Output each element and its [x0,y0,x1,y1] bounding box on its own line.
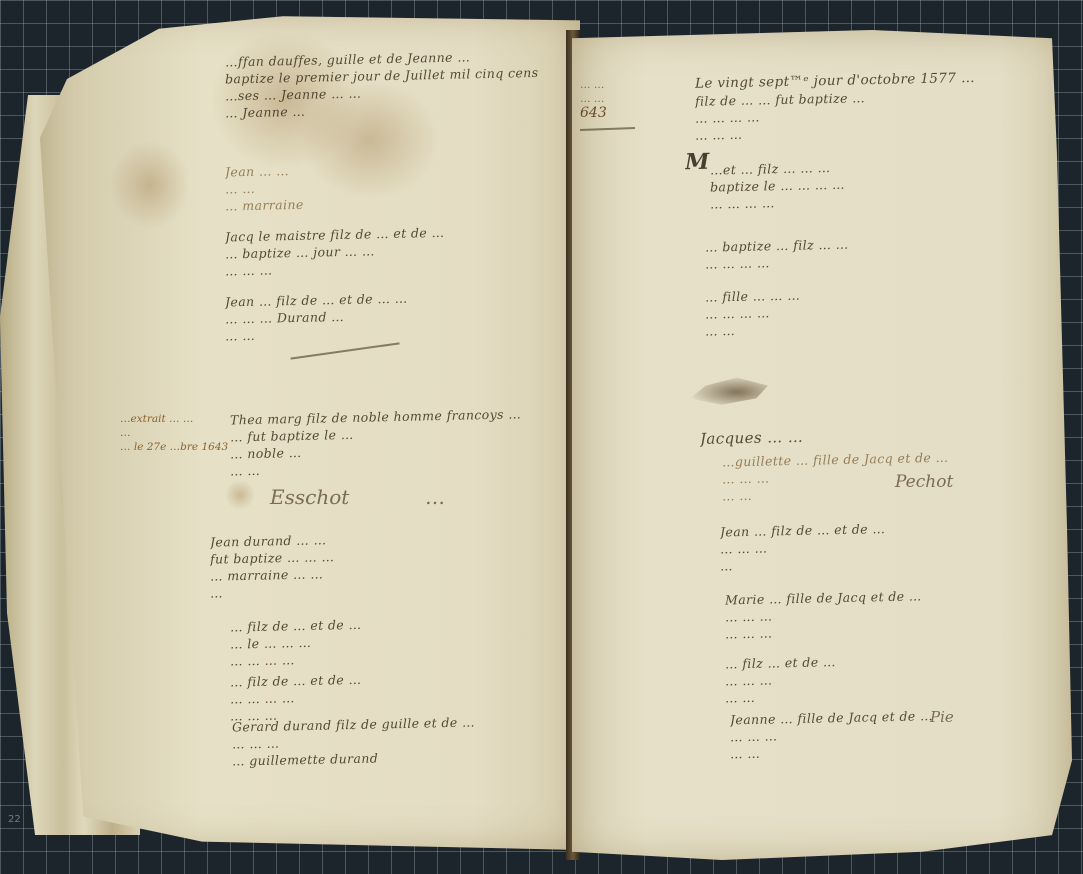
signature: Pechot [895,472,953,492]
register-entry: Jeanne … fille de Jacq et de … … … … … … [730,708,1055,759]
ink-spot [225,480,255,510]
register-entry: Thea marg filz de noble homme francoys …… [230,408,560,476]
margin-annotation: …extrait … … … … le 27e …bre 1643 [120,412,228,454]
register-entry: … filz … et de … … … … … … [725,652,1055,703]
register-entry-header: Le vingt sept™ᵉ jour d'octobre 1577 … fi… [695,72,1055,140]
mat-ruler-label: 22 [8,814,21,825]
signature: Pie [930,708,954,726]
register-entry: …guillette … fille de Jacq et de … … … …… [722,450,1052,501]
register-entry: … fille … … … … … … … … … [705,285,1050,336]
margin-line: …extrait … … [120,412,228,426]
register-entry: Jean … filz de … et de … … … … … Durand … [225,290,555,341]
register-entry: … baptize … filz … … … … … … [705,235,1050,269]
register-entry: Marie … fille de Jacq et de … … … … … … … [725,588,1055,639]
signature: Esschot [270,485,349,509]
water-stain [110,140,190,230]
margin-line: … … [580,92,607,106]
register-entry: Jean … … … … … marraine [225,160,555,211]
register-entry: …et … filz … … … baptize le … … … … … … … [710,158,1050,209]
margin-line: … [120,426,228,440]
register-entry: Jean durand … … fut baptize … … … … marr… [210,530,560,598]
register-entry: Jacq le maistre filz de … et de … … bapt… [225,225,555,276]
register-entry: Gerard durand filz de guille et de … … …… [232,715,572,766]
margin-annotation: … … … … 643 [580,78,607,120]
register-entry: …ffan dauffes, guille et de Jeanne … bap… [225,50,555,118]
margin-line: 643 [580,106,607,120]
signature: … [425,485,445,509]
decorated-initial: M [685,150,710,175]
margin-line: … … [580,78,607,92]
register-entry: Jean … filz de … et de … … … … … [720,520,1055,571]
margin-line: … le 27e …bre 1643 [120,440,228,454]
register-entry: … filz de … et de … … le … … … … … … … [230,615,570,666]
